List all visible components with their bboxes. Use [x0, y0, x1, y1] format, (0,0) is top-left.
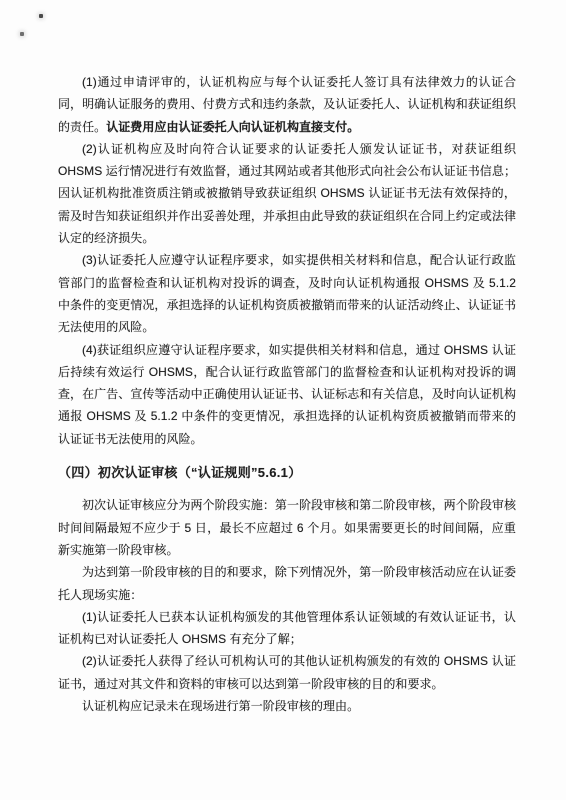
paragraph-stage1-purpose: 为达到第一阶段审核的目的和要求，除下列情况外，第一阶段审核活动应在认证委托人现场… — [58, 561, 516, 606]
section-heading: （四）初次认证审核（“认证规则”5.6.1） — [58, 462, 516, 484]
paragraph-initial-audit: 初次认证审核应分为两个阶段实施：第一阶段审核和第二阶段审核，两个阶段审核时间间隔… — [58, 494, 516, 561]
paragraph-record-reason: 认证机构应记录未在现场进行第一阶段审核的理由。 — [58, 695, 516, 717]
scan-speck-icon — [20, 32, 24, 36]
paragraph-item-2: (2)认证机构应及时向符合认证要求的认证委托人颁发认证证书，对获证组织 OHSM… — [58, 138, 516, 249]
paragraph-condition-2: (2)认证委托人获得了经认可机构认可的其他认证机构颁发的有效的 OHSMS 认证… — [58, 650, 516, 695]
paragraph-bold-text: 认证费用应由认证委托人向认证机构直接支付。 — [106, 120, 359, 134]
scanned-document-page: (1)通过申请评审的，认证机构应与每个认证委托人签订具有法律效力的认证合同，明确… — [0, 0, 566, 800]
paragraph-item-3: (3)认证委托人应遵守认证程序要求，如实提供相关材料和信息，配合认证行政监管部门… — [58, 249, 516, 338]
document-body: (1)通过申请评审的，认证机构应与每个认证委托人签订具有法律效力的认证合同，明确… — [58, 71, 516, 717]
paragraph-item-4: (4)获证组织应遵守认证程序要求，如实提供相关材料和信息，通过 OHSMS 认证… — [58, 339, 516, 450]
paragraph-item-1: (1)通过申请评审的，认证机构应与每个认证委托人签订具有法律效力的认证合同，明确… — [58, 71, 516, 138]
scan-speck-icon — [39, 14, 43, 18]
paragraph-condition-1: (1)认证委托人已获本认证机构颁发的其他管理体系认证领域的有效认证证书，认证机构… — [58, 606, 516, 651]
